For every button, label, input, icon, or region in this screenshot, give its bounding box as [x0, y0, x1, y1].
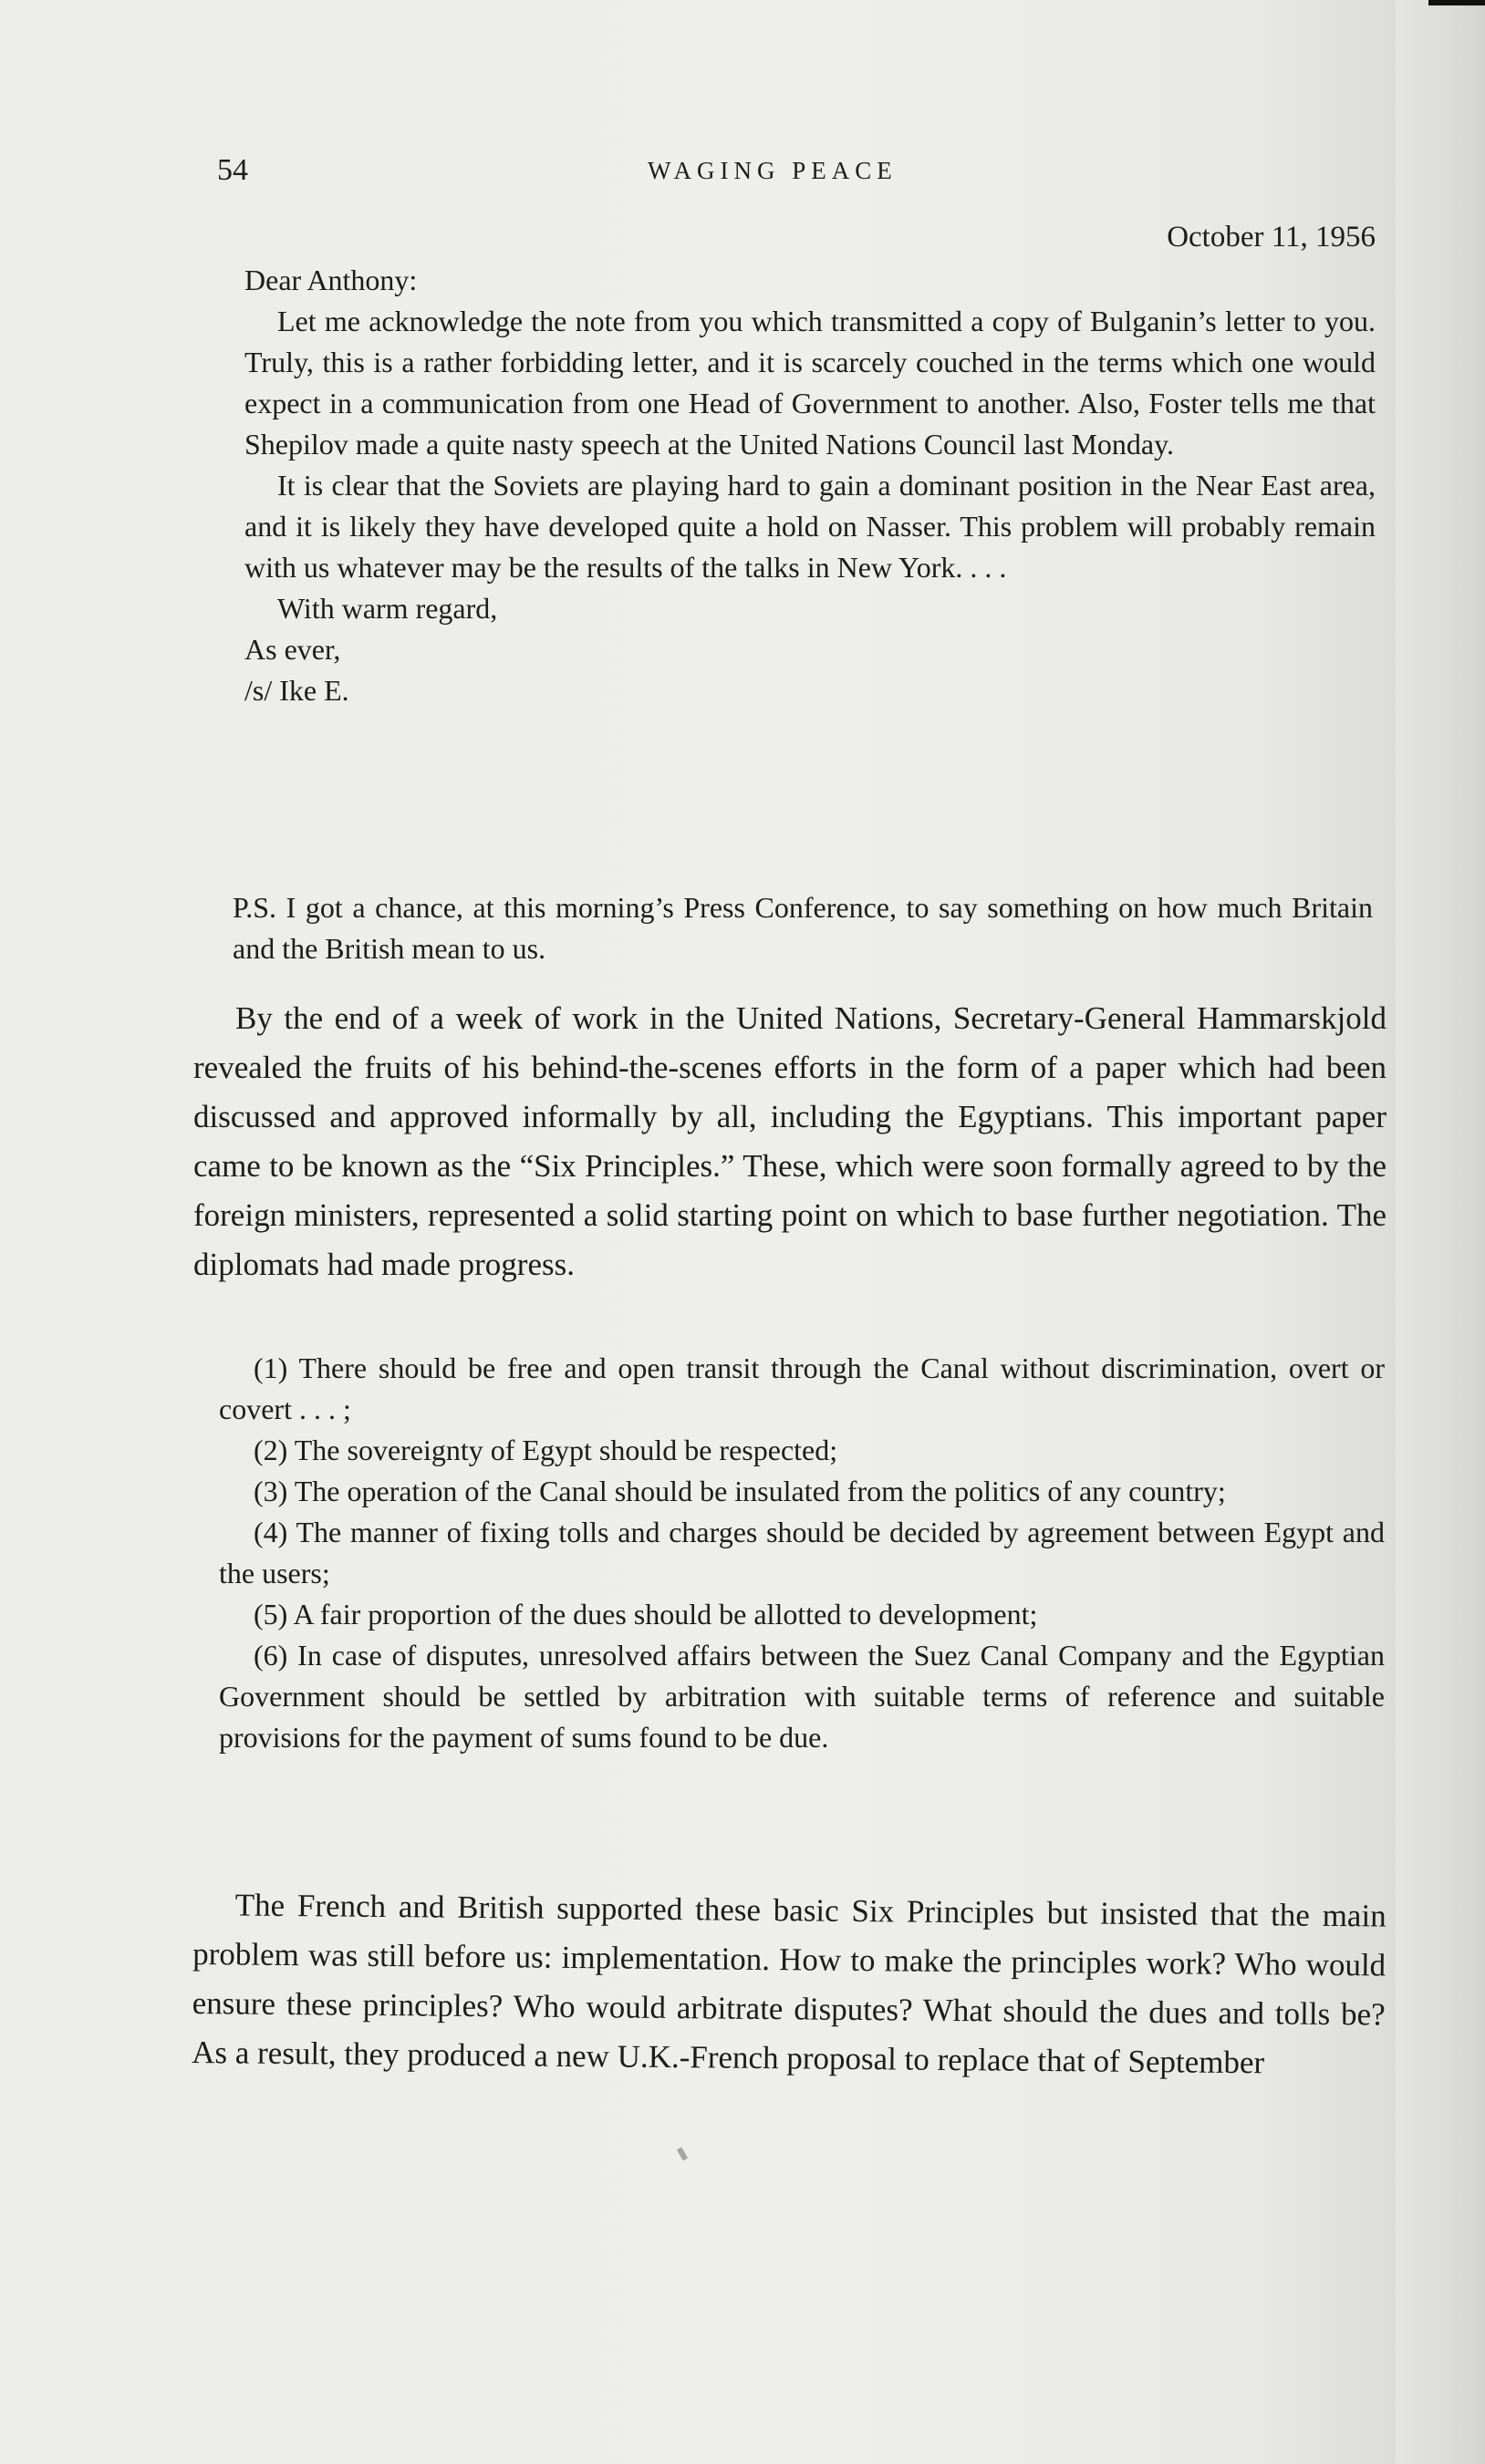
principle-item: (5) A fair proportion of the dues should… — [219, 1594, 1385, 1635]
letter-closing: As ever, — [244, 629, 1376, 670]
ink-smudge — [677, 2147, 688, 2160]
letter-date-text: October 11, 1956 — [1167, 221, 1376, 254]
running-head: 54 WAGING PEACE — [0, 153, 1396, 190]
scan-corner-mark — [1428, 0, 1485, 5]
page-number: 54 — [217, 153, 248, 188]
letter-body: Dear Anthony: Let me acknowledge the not… — [244, 260, 1376, 711]
letter-salutation: Dear Anthony: — [244, 260, 1376, 301]
letter-paragraph: It is clear that the Soviets are playing… — [244, 465, 1376, 588]
letter-closing-regard: With warm regard, — [244, 588, 1376, 629]
page-gutter-shadow — [1396, 0, 1485, 2464]
letter-signature: /s/ Ike E. — [244, 670, 1376, 711]
principle-item: (1) There should be free and open transi… — [219, 1348, 1385, 1430]
principle-item: (6) In case of disputes, unresolved affa… — [219, 1635, 1385, 1758]
narrative-paragraph: The French and British supported these b… — [192, 1880, 1386, 2089]
principle-item: (3) The operation of the Canal should be… — [219, 1471, 1385, 1512]
narrative-paragraph: By the end of a week of work in the Unit… — [193, 994, 1386, 1289]
letter-postscript: P.S. I got a chance, at this morning’s P… — [233, 887, 1373, 969]
book-page: 54 WAGING PEACE October 11, 1956 Dear An… — [0, 0, 1396, 2464]
principle-item: (2) The sovereignty of Egypt should be r… — [219, 1430, 1385, 1471]
principle-item: (4) The manner of fixing tolls and charg… — [219, 1512, 1385, 1594]
book-title: WAGING PEACE — [648, 157, 898, 185]
letter-date: October 11, 1956 — [1011, 221, 1376, 254]
letter-paragraph: Let me acknowledge the note from you whi… — [244, 301, 1376, 465]
six-principles-list: (1) There should be free and open transi… — [219, 1348, 1385, 1758]
